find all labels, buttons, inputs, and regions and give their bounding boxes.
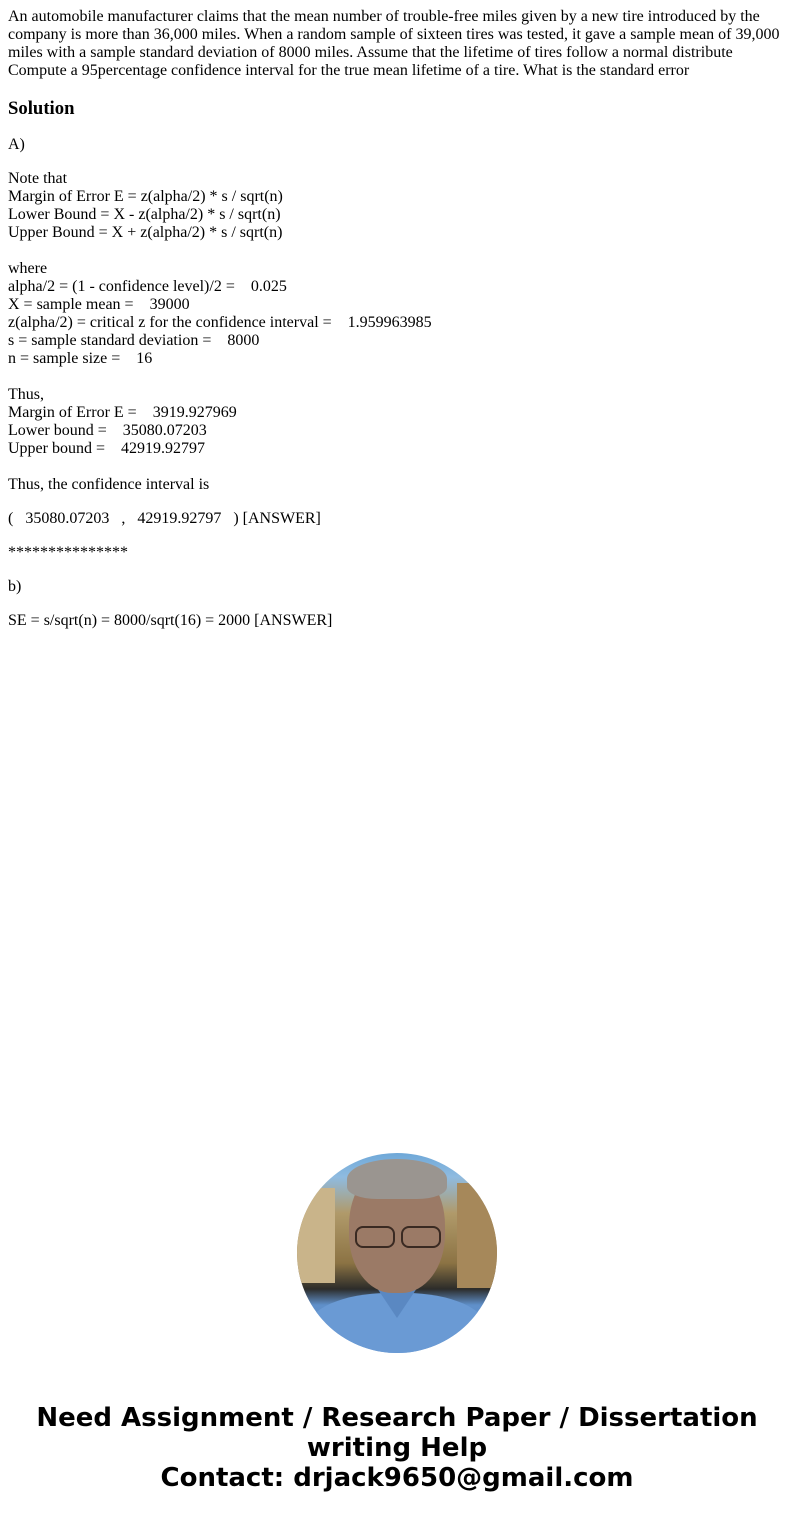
blank-line <box>8 368 786 386</box>
author-photo <box>297 1153 497 1353</box>
variable-line: n = sample size = 16 <box>8 350 786 368</box>
part-b-label: b) <box>8 578 786 596</box>
photo-glasses <box>355 1226 441 1246</box>
footer-contact-email: Contact: drjack9650@gmail.com <box>0 1463 794 1493</box>
footer-line: Need Assignment / Research Paper / Disse… <box>0 1403 794 1433</box>
solution-heading: Solution <box>8 98 786 120</box>
photo-background-panel <box>457 1183 497 1288</box>
blank-line <box>8 458 786 476</box>
formula-line: Lower Bound = X - z(alpha/2) * s / sqrt(… <box>8 206 786 224</box>
photo-background-panel <box>297 1188 335 1283</box>
formula-line: Upper Bound = X + z(alpha/2) * s / sqrt(… <box>8 224 786 242</box>
document-content: An automobile manufacturer claims that t… <box>8 8 786 630</box>
result-line: Thus, <box>8 386 786 404</box>
variable-line: X = sample mean = 39000 <box>8 296 786 314</box>
interval-answer: ( 35080.07203 , 42919.92797 ) [ANSWER] <box>8 510 786 528</box>
variable-line: where <box>8 260 786 278</box>
separator: *************** <box>8 544 786 562</box>
variable-line: s = sample standard deviation = 8000 <box>8 332 786 350</box>
blank-line <box>8 242 786 260</box>
variable-line: alpha/2 = (1 - confidence level)/2 = 0.0… <box>8 278 786 296</box>
formula-notes: Note that Margin of Error E = z(alpha/2)… <box>8 170 786 494</box>
question-text: An automobile manufacturer claims that t… <box>8 8 786 80</box>
formula-line: Margin of Error E = z(alpha/2) * s / sqr… <box>8 188 786 206</box>
footer-line: writing Help <box>0 1433 794 1463</box>
result-line: Upper bound = 42919.92797 <box>8 440 786 458</box>
part-a-label: A) <box>8 136 786 154</box>
interval-intro: Thus, the confidence interval is <box>8 476 786 494</box>
result-line: Lower bound = 35080.07203 <box>8 422 786 440</box>
part-b-answer: SE = s/sqrt(n) = 8000/sqrt(16) = 2000 [A… <box>8 612 786 630</box>
result-line: Margin of Error E = 3919.927969 <box>8 404 786 422</box>
formula-line: Note that <box>8 170 786 188</box>
variable-line: z(alpha/2) = critical z for the confiden… <box>8 314 786 332</box>
photo-hair <box>347 1159 447 1199</box>
contact-footer: Need Assignment / Research Paper / Disse… <box>0 1403 794 1493</box>
